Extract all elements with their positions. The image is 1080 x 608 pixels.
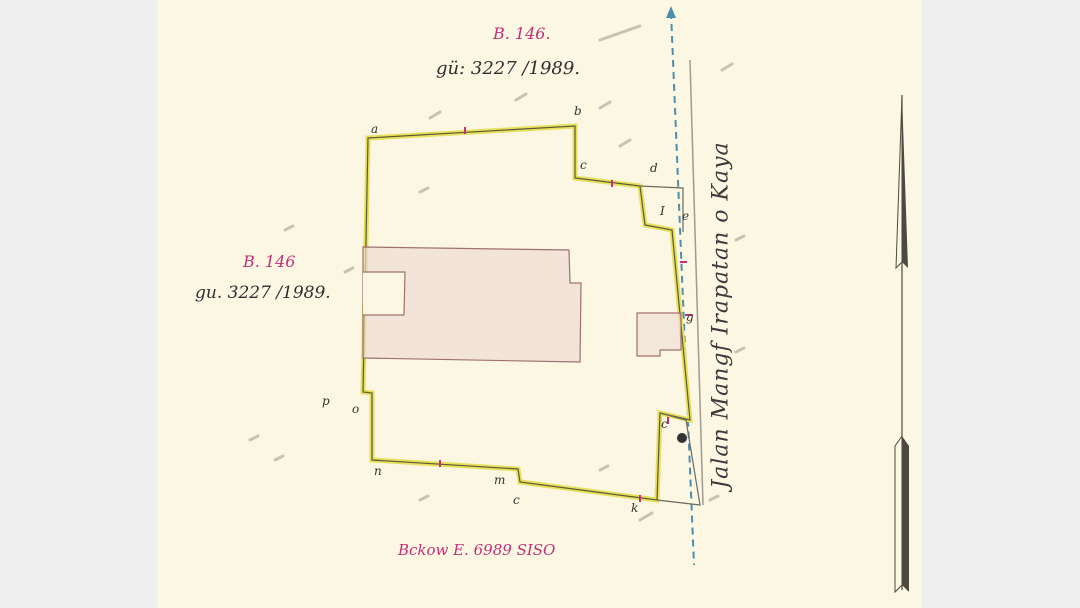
- street-name-label: Jalan Mangf Irapatan o Kaya: [709, 141, 734, 488]
- small-structure: [637, 313, 681, 356]
- corner-label-c: c: [580, 158, 587, 172]
- plot-map-drawing: [0, 0, 1080, 608]
- corner-label-c3: c: [513, 493, 520, 507]
- road-edge-line: [690, 60, 703, 505]
- north-arrow-icon: [895, 95, 909, 592]
- corner-label-i: I: [660, 204, 665, 218]
- corner-label-e: e: [682, 209, 689, 223]
- corner-label-o: o: [352, 402, 359, 416]
- corner-label-p: p: [322, 394, 330, 408]
- corner-label-c2: c: [661, 417, 668, 431]
- corner-label-d: d: [650, 161, 658, 175]
- corner-label-k: k: [631, 501, 638, 515]
- corner-label-b: b: [574, 104, 582, 118]
- left-block-label: B. 146: [243, 252, 295, 271]
- corner-label-n: n: [374, 464, 382, 478]
- axis-arrowhead: [666, 6, 676, 18]
- bottom-note: Bckow E. 6989 SISO: [398, 541, 555, 559]
- top-survey-number: gü: 3227 /1989.: [436, 58, 580, 79]
- corner-label-g: g: [686, 310, 694, 324]
- corner-label-m: m: [494, 473, 505, 487]
- left-survey-number: gu. 3227 /1989.: [195, 283, 331, 303]
- top-block-label: B. 146.: [493, 24, 551, 43]
- corner-label-a: a: [371, 122, 378, 136]
- vertex-marker: [677, 433, 687, 443]
- building-annex-left: [363, 272, 405, 315]
